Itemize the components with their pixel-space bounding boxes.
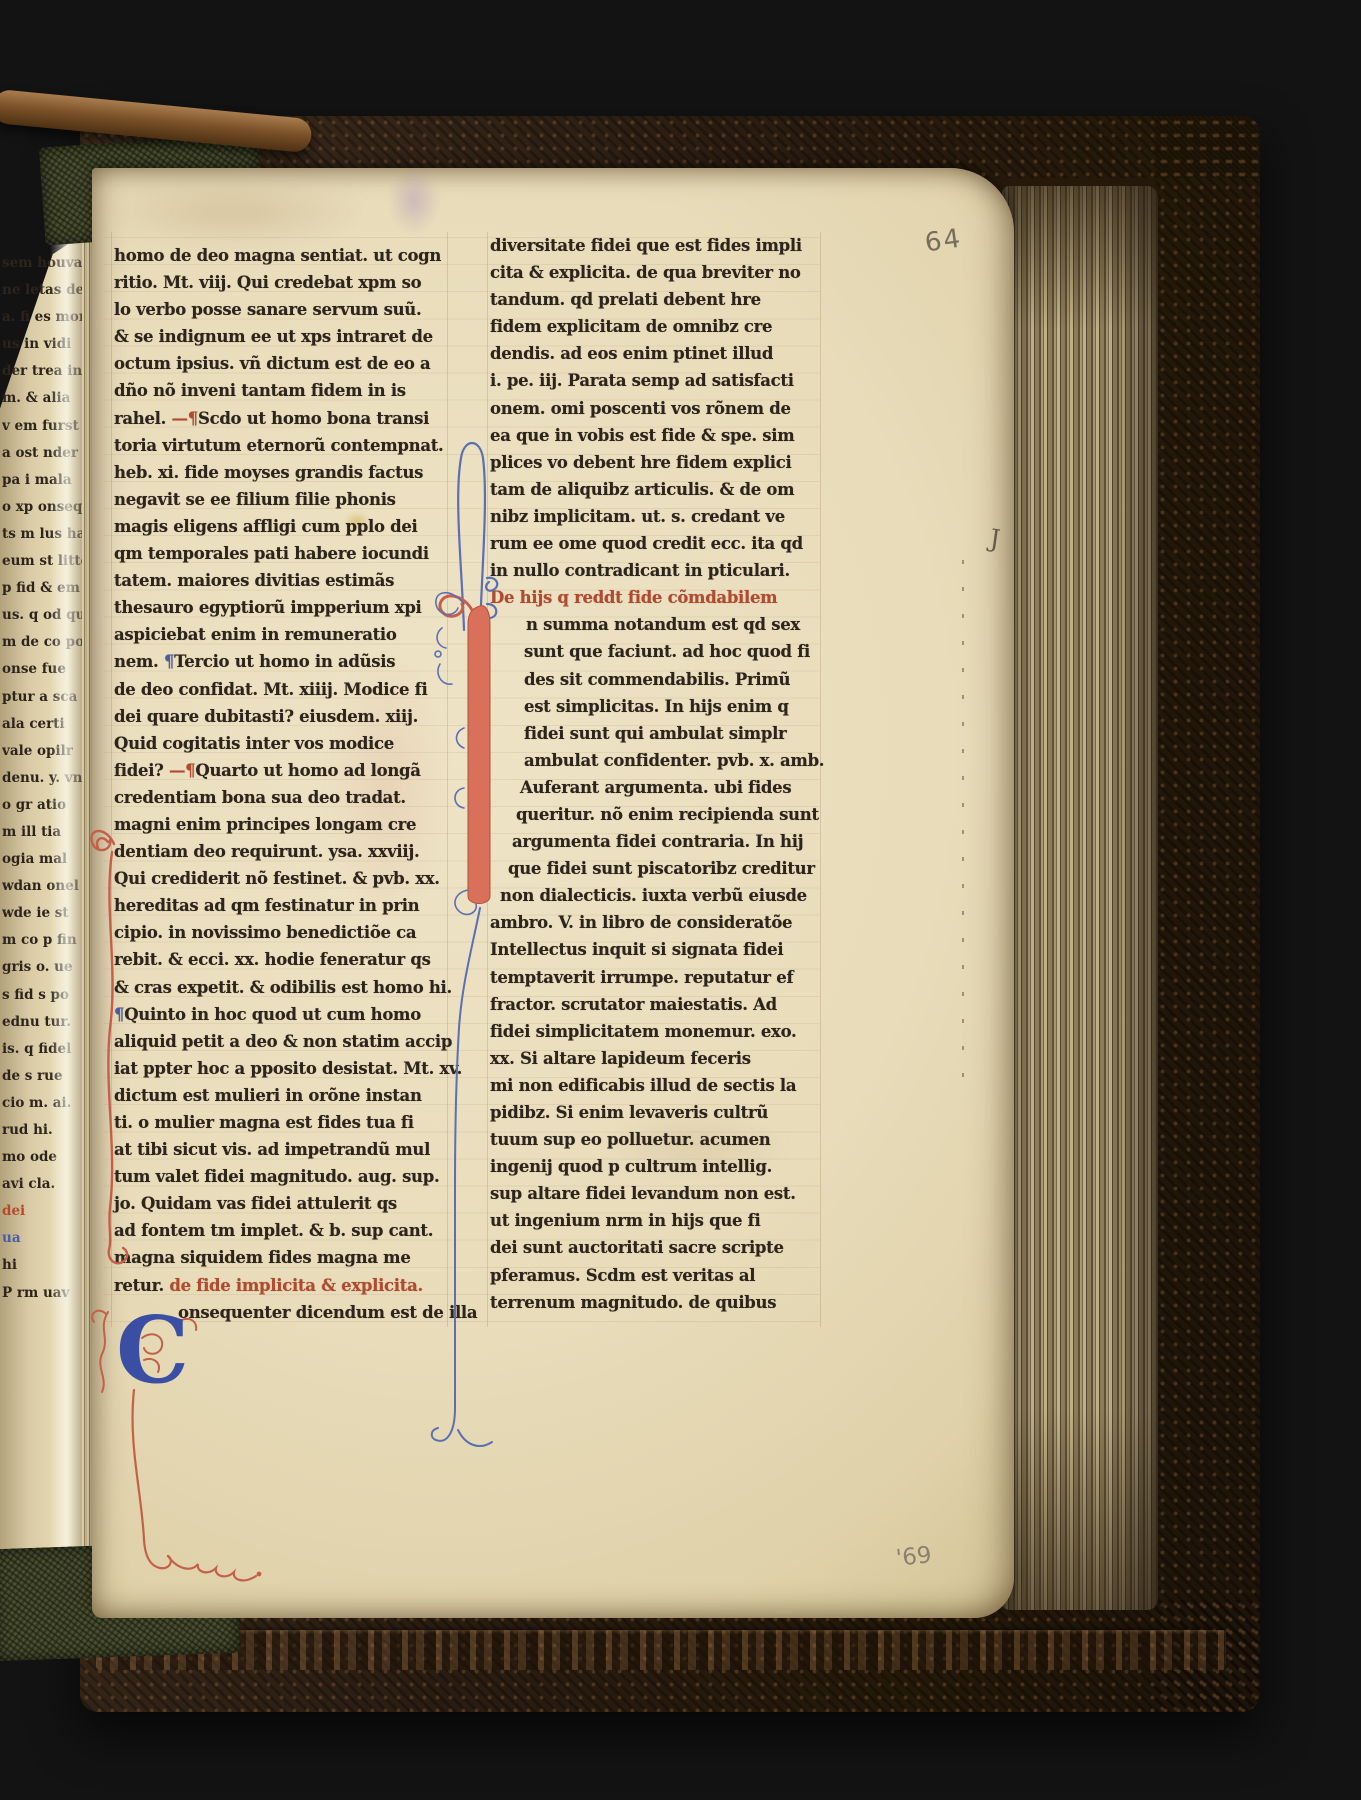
manuscript-text-line: fidei? —¶Quarto ut homo ad longã bbox=[114, 757, 446, 784]
manuscript-text-line: octum ipsius. vñ dictum est de eo a bbox=[114, 350, 446, 377]
manuscript-text-line: dei quare dubitasti? eiusdem. xiij. bbox=[114, 703, 446, 730]
body-text: Tercio ut homo in adũsis bbox=[174, 652, 395, 671]
body-text: at tibi sicut vis. ad impetrandũ mul bbox=[114, 1140, 430, 1159]
manuscript-text-line: queritur. nõ enim recipienda sunt bbox=[490, 801, 820, 828]
manuscript-text-line: ad fontem tm implet. & b. sup cant. bbox=[114, 1217, 446, 1244]
manuscript-text-line: ritio. Mt. viij. Qui credebat xpm so bbox=[114, 269, 446, 296]
manuscript-text-line: magna siquidem fides magna me bbox=[114, 1244, 446, 1271]
body-text: n summa notandum est qd sex bbox=[526, 615, 800, 634]
body-text: dei sunt auctoritati sacre scripte bbox=[490, 1238, 784, 1257]
body-text: tandum. qd prelati debent hre bbox=[490, 290, 761, 309]
manuscript-text-line: des sit commendabilis. Primũ bbox=[490, 666, 820, 693]
manuscript-text-line: onem. omi poscenti vos rõnem de bbox=[490, 395, 820, 422]
manuscript-text-line: rebit. & ecci. xx. hodie feneratur qs bbox=[114, 946, 446, 973]
body-text: ea que in vobis est fide & spe. sim bbox=[490, 426, 794, 445]
manuscript-text-line: i. pe. iij. Parata semp ad satisfacti bbox=[490, 367, 820, 394]
folio-number: 64 bbox=[923, 224, 964, 259]
initial-C-decorated: C bbox=[90, 1294, 290, 1604]
initial-I-red bbox=[440, 596, 490, 904]
manuscript-text-line: que fidei sunt piscatoribz creditur bbox=[490, 855, 820, 882]
manuscript-text-line: aspiciebat enim in remuneratio bbox=[114, 621, 446, 648]
body-text: xx. Si altare lapideum feceris bbox=[490, 1049, 751, 1068]
stain bbox=[100, 176, 370, 248]
body-text: diversitate fidei que est fides impli bbox=[490, 236, 802, 255]
body-text: dentiam deo requirunt. ysa. xxviij. bbox=[114, 842, 419, 861]
body-text: magis eligens affligi cum pplo dei bbox=[114, 517, 418, 536]
manuscript-text-line: iat ppter hoc a pposito desistat. Mt. xv… bbox=[114, 1055, 446, 1082]
manuscript-text-line: & cras expetit. & odibilis est homo hi. bbox=[114, 974, 446, 1001]
manuscript-text-line: magis eligens affligi cum pplo dei bbox=[114, 513, 446, 540]
body-text: ut ingenium nrm in hijs que fi bbox=[490, 1211, 760, 1230]
manuscript-text-line: qm temporales pati habere iocundi bbox=[114, 540, 446, 567]
body-text: rum ee ome quod credit ecc. ita qd bbox=[490, 534, 803, 553]
body-text: ritio. Mt. viij. Qui credebat xpm so bbox=[114, 273, 421, 292]
body-text: fidem explicitam de omnibz cre bbox=[490, 317, 772, 336]
manuscript-text-line: toria virtutum eternorũ contempnat. bbox=[114, 432, 446, 459]
body-text: temptaverit irrumpe. reputatur ef bbox=[490, 968, 793, 987]
manuscript-text-line: tatem. maiores divitias estimãs bbox=[114, 567, 446, 594]
body-text: Quid cogitatis inter vos modice bbox=[114, 734, 394, 753]
manuscript-text-line: negavit se ee filium filie phonis bbox=[114, 486, 446, 513]
manuscript-text-line: rum ee ome quod credit ecc. ita qd bbox=[490, 530, 820, 557]
body-text: ingenij quod p cultrum intellig. bbox=[490, 1157, 772, 1176]
blue-penwork-descender bbox=[432, 908, 492, 1446]
body-text: homo de deo magna sentiat. ut cogn bbox=[114, 246, 441, 265]
manuscript-text-line: ti. o mulier magna est fides tua fi bbox=[114, 1109, 446, 1136]
manuscript-text-line: Quid cogitatis inter vos modice bbox=[114, 730, 446, 757]
body-text: Quinto in hoc quod ut cum homo bbox=[124, 1005, 421, 1024]
embossed-frieze bbox=[96, 1630, 1226, 1670]
text-column-left: homo de deo magna sentiat. ut cognritio.… bbox=[114, 242, 446, 1326]
body-text: nem. bbox=[114, 652, 164, 671]
pencil-inscription: '69 bbox=[895, 1542, 933, 1572]
red-pen-tail bbox=[133, 1390, 262, 1580]
manuscript-text-line: & se indignum ee ut xps intraret de bbox=[114, 323, 446, 350]
manuscript-text-line: lo verbo posse sanare servum suũ. bbox=[114, 296, 446, 323]
body-text: rahel. bbox=[114, 409, 172, 428]
body-text: qm temporales pati habere iocundi bbox=[114, 544, 429, 563]
manuscript-text-line: ambro. V. in libro de consideratõe bbox=[490, 909, 820, 936]
manuscript-text-line: in nullo contradicant in pticulari. bbox=[490, 557, 820, 584]
manuscript-text-line: fidem explicitam de omnibz cre bbox=[490, 313, 820, 340]
body-text: ambro. V. in libro de consideratõe bbox=[490, 913, 792, 932]
body-text: octum ipsius. vñ dictum est de eo a bbox=[114, 354, 430, 373]
body-text: tum valet fidei magnitudo. aug. sup. bbox=[114, 1167, 439, 1186]
manuscript-text-line: xx. Si altare lapideum feceris bbox=[490, 1045, 820, 1072]
body-text: magni enim principes longam cre bbox=[114, 815, 416, 834]
body-text: fidei simplicitatem monemur. exo. bbox=[490, 1022, 796, 1041]
body-text: queritur. nõ enim recipienda sunt bbox=[516, 805, 819, 824]
body-text: fractor. scrutator maiestatis. Ad bbox=[490, 995, 777, 1014]
manuscript-text-line: Qui crediderit nõ festinet. & pvb. xx. bbox=[114, 865, 446, 892]
manuscript-text-line: de deo confidat. Mt. xiiij. Modice fi bbox=[114, 676, 446, 703]
body-text: negavit se ee filium filie phonis bbox=[114, 490, 396, 509]
manuscript-photograph: sem houvalne letas dea. fi es morus in v… bbox=[0, 0, 1361, 1800]
text-column-right: diversitate fidei que est fides implicit… bbox=[490, 232, 820, 1316]
body-text: Auferant argumenta. ubi fides bbox=[520, 778, 791, 797]
manuscript-text-line: diversitate fidei que est fides impli bbox=[490, 232, 820, 259]
body-text: toria virtutum eternorũ contempnat. bbox=[114, 436, 443, 455]
red-marginal-flourish bbox=[84, 818, 136, 1278]
body-text: Scdo ut homo bona transi bbox=[198, 409, 429, 428]
pricking-marks bbox=[962, 560, 964, 1080]
manuscript-text-line: magni enim principes longam cre bbox=[114, 811, 446, 838]
manuscript-text-line: ambulat confidenter. pvb. x. amb. bbox=[490, 747, 820, 774]
rubric-text: de fide implicita & explicita. bbox=[169, 1276, 423, 1295]
manuscript-text-line: Auferant argumenta. ubi fides bbox=[490, 774, 820, 801]
body-text: magna siquidem fides magna me bbox=[114, 1248, 411, 1267]
manuscript-text-line: ut ingenium nrm in hijs que fi bbox=[490, 1207, 820, 1234]
paraph-mark: —¶ bbox=[172, 409, 198, 428]
body-text: & cras expetit. & odibilis est homo hi. bbox=[114, 978, 452, 997]
manuscript-text-line: fidei sunt qui ambulat simplr bbox=[490, 720, 820, 747]
manuscript-text-line: tam de aliquibz articulis. & de om bbox=[490, 476, 820, 503]
manuscript-text-line: n summa notandum est qd sex bbox=[490, 611, 820, 638]
body-text: dei quare dubitasti? eiusdem. xiij. bbox=[114, 707, 418, 726]
manuscript-text-line: terrenum magnitudo. de quibus bbox=[490, 1289, 820, 1316]
body-text: ad fontem tm implet. & b. sup cant. bbox=[114, 1221, 433, 1240]
body-text: des sit commendabilis. Primũ bbox=[524, 670, 790, 689]
manuscript-text-line: thesauro egyptiorũ impperium xpi bbox=[114, 594, 446, 621]
body-text: jo. Quidam vas fidei attulerit qs bbox=[114, 1194, 397, 1213]
body-text: tam de aliquibz articulis. & de om bbox=[490, 480, 794, 499]
manuscript-text-line: dño nõ inveni tantam fidem in is bbox=[114, 377, 446, 404]
manuscript-text-line: dendis. ad eos enim ptinet illud bbox=[490, 340, 820, 367]
body-text: mi non edificabis illud de sectis la bbox=[490, 1076, 796, 1095]
body-text: tatem. maiores divitias estimãs bbox=[114, 571, 394, 590]
body-text: dendis. ad eos enim ptinet illud bbox=[490, 344, 773, 363]
manuscript-text-line: temptaverit irrumpe. reputatur ef bbox=[490, 964, 820, 991]
body-text: Intellectus inquit si signata fidei bbox=[490, 940, 783, 959]
body-text: Quarto ut homo ad longã bbox=[195, 761, 420, 780]
body-text: in nullo contradicant in pticulari. bbox=[490, 561, 790, 580]
manuscript-text-line: mi non edificabis illud de sectis la bbox=[490, 1072, 820, 1099]
body-text: terrenum magnitudo. de quibus bbox=[490, 1293, 776, 1312]
body-text: pferamus. Scdm est veritas al bbox=[490, 1266, 755, 1285]
manuscript-text-line: argumenta fidei contraria. In hij bbox=[490, 828, 820, 855]
body-text: de deo confidat. Mt. xiiij. Modice fi bbox=[114, 680, 427, 699]
manuscript-text-line: heb. xi. fide moyses grandis factus bbox=[114, 459, 446, 486]
manuscript-text-line: pidibz. Si enim levaveris cultrũ bbox=[490, 1099, 820, 1126]
manuscript-text-line: tum valet fidei magnitudo. aug. sup. bbox=[114, 1163, 446, 1190]
manuscript-text-line: sunt que faciunt. ad hoc quod fi bbox=[490, 638, 820, 665]
manuscript-text-line: nem. ¶Tercio ut homo in adũsis bbox=[114, 648, 446, 675]
body-text: ambulat confidenter. pvb. x. amb. bbox=[524, 751, 824, 770]
manuscript-text-line: dictum est mulieri in orõne instan bbox=[114, 1082, 446, 1109]
body-text: rebit. & ecci. xx. hodie feneratur qs bbox=[114, 950, 431, 969]
body-text: heb. xi. fide moyses grandis factus bbox=[114, 463, 423, 482]
manuscript-text-line: jo. Quidam vas fidei attulerit qs bbox=[114, 1190, 446, 1217]
rubric-text: De hijs q reddt fide cõmdabilem bbox=[490, 588, 777, 607]
body-text: aspiciebat enim in remuneratio bbox=[114, 625, 397, 644]
body-text: fidei? bbox=[114, 761, 169, 780]
body-text: retur. bbox=[114, 1276, 169, 1295]
manuscript-text-line: pferamus. Scdm est veritas al bbox=[490, 1262, 820, 1289]
body-text: i. pe. iij. Parata semp ad satisfacti bbox=[490, 371, 794, 390]
body-text: fidei sunt qui ambulat simplr bbox=[524, 724, 786, 743]
body-text: onem. omi poscenti vos rõnem de bbox=[490, 399, 791, 418]
manuscript-text-line: nibz implicitam. ut. s. credant ve bbox=[490, 503, 820, 530]
manuscript-text-line: sup altare fidei levandum non est. bbox=[490, 1180, 820, 1207]
body-text: cipio. in novissimo benedictiõe ca bbox=[114, 923, 416, 942]
manuscript-text-line: hereditas ad qm festinatur in prin bbox=[114, 892, 446, 919]
body-text: est simplicitas. In hijs enim q bbox=[524, 697, 789, 716]
manuscript-text-line: fractor. scrutator maiestatis. Ad bbox=[490, 991, 820, 1018]
manuscript-text-line: non dialecticis. iuxta verbũ eiusde bbox=[490, 882, 820, 909]
body-text: pidibz. Si enim levaveris cultrũ bbox=[490, 1103, 768, 1122]
penwork-gutter-decoration bbox=[428, 428, 518, 1488]
paraph-mark: —¶ bbox=[169, 761, 195, 780]
cover-right-board bbox=[1156, 116, 1260, 1712]
body-text: dño nõ inveni tantam fidem in is bbox=[114, 381, 406, 400]
manuscript-text-line: aliquid petit a deo & non statim accip bbox=[114, 1028, 446, 1055]
manuscript-text-line: at tibi sicut vis. ad impetrandũ mul bbox=[114, 1136, 446, 1163]
ruling-vertical bbox=[820, 232, 821, 1327]
body-text: thesauro egyptiorũ impperium xpi bbox=[114, 598, 422, 617]
manuscript-text-line: est simplicitas. In hijs enim q bbox=[490, 693, 820, 720]
manuscript-text-line: ea que in vobis est fide & spe. sim bbox=[490, 422, 820, 449]
manuscript-text-line: Intellectus inquit si signata fidei bbox=[490, 936, 820, 963]
body-text: plices vo debent hre fidem explici bbox=[490, 453, 791, 472]
manuscript-text-line: De hijs q reddt fide cõmdabilem bbox=[490, 584, 820, 611]
body-text: argumenta fidei contraria. In hij bbox=[512, 832, 803, 851]
manuscript-text-line: ingenij quod p cultrum intellig. bbox=[490, 1153, 820, 1180]
manuscript-text-line: cita & explicita. de qua breviter no bbox=[490, 259, 820, 286]
body-text: sunt que faciunt. ad hoc quod fi bbox=[524, 642, 810, 661]
manuscript-text-line: cipio. in novissimo benedictiõe ca bbox=[114, 919, 446, 946]
body-text: credentiam bona sua deo tradat. bbox=[114, 788, 406, 807]
body-text: lo verbo posse sanare servum suũ. bbox=[114, 300, 421, 319]
manuscript-text-line: plices vo debent hre fidem explici bbox=[490, 449, 820, 476]
manuscript-text-line: dei sunt auctoritati sacre scripte bbox=[490, 1234, 820, 1261]
body-text: Qui crediderit nõ festinet. & pvb. xx. bbox=[114, 869, 440, 888]
body-text: nibz implicitam. ut. s. credant ve bbox=[490, 507, 785, 526]
body-text: ti. o mulier magna est fides tua fi bbox=[114, 1113, 414, 1132]
paraph-mark: ¶ bbox=[164, 652, 174, 671]
initial-C-letter: C bbox=[116, 1296, 189, 1404]
body-text: que fidei sunt piscatoribz creditur bbox=[508, 859, 815, 878]
body-text: aliquid petit a deo & non statim accip bbox=[114, 1032, 452, 1051]
fore-edge-pages bbox=[1002, 186, 1158, 1610]
body-text: dictum est mulieri in orõne instan bbox=[114, 1086, 422, 1105]
body-text: non dialecticis. iuxta verbũ eiusde bbox=[500, 886, 807, 905]
body-text: iat ppter hoc a pposito desistat. Mt. xv… bbox=[114, 1059, 462, 1078]
body-text: tuum sup eo polluetur. acumen bbox=[490, 1130, 770, 1149]
manuscript-text-line: tandum. qd prelati debent hre bbox=[490, 286, 820, 313]
body-text: hereditas ad qm festinatur in prin bbox=[114, 896, 419, 915]
manuscript-text-line: credentiam bona sua deo tradat. bbox=[114, 784, 446, 811]
body-text: cita & explicita. de qua breviter no bbox=[490, 263, 801, 282]
stain bbox=[388, 168, 440, 234]
manuscript-text-line: dentiam deo requirunt. ysa. xxviij. bbox=[114, 838, 446, 865]
manuscript-text-line: homo de deo magna sentiat. ut cogn bbox=[114, 242, 446, 269]
manuscript-text-line: fidei simplicitatem monemur. exo. bbox=[490, 1018, 820, 1045]
manuscript-text-line: rahel. —¶Scdo ut homo bona transi bbox=[114, 405, 446, 432]
manuscript-text-line: tuum sup eo polluetur. acumen bbox=[490, 1126, 820, 1153]
body-text: sup altare fidei levandum non est. bbox=[490, 1184, 796, 1203]
manuscript-text-line: ¶Quinto in hoc quod ut cum homo bbox=[114, 1001, 446, 1028]
body-text: & se indignum ee ut xps intraret de bbox=[114, 327, 433, 346]
